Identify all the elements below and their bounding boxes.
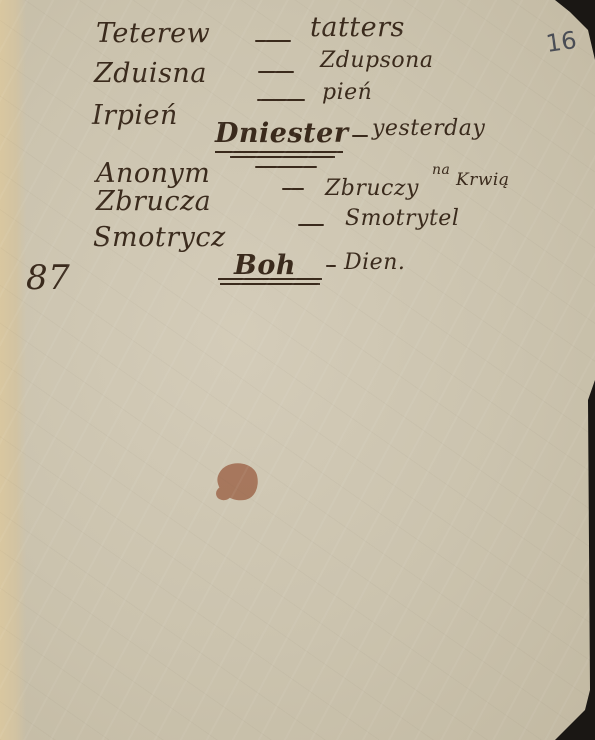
line-2-right: Zdupsona (320, 48, 433, 73)
line-5-dash (255, 166, 317, 168)
line-5-left: Anonym (96, 158, 210, 189)
line-8-right: Dien. (344, 250, 405, 275)
line-1-dash (255, 40, 291, 42)
line-7-left: Smotrycz (93, 222, 226, 253)
line-3-left: Irpień (92, 100, 178, 131)
line-3-right: pień (322, 80, 372, 105)
line-6-superscript: na (432, 162, 450, 178)
line-6-right-extra: Krwią (456, 170, 509, 190)
line-4-underline-2 (230, 156, 335, 158)
ink-stain (214, 459, 261, 504)
line-1-left: Teterew (96, 18, 210, 49)
line-8-underline (218, 278, 322, 280)
line-8-underline-2 (220, 283, 320, 285)
line-2-dash (258, 71, 294, 73)
line-8-left: Boh (234, 250, 296, 281)
line-3-dash (257, 99, 305, 101)
line-7-right: Smotrytel (345, 206, 459, 231)
folio-number: 16 (544, 26, 578, 58)
line-8-dash (326, 265, 336, 267)
line-6-left: Zbrucza (96, 186, 211, 217)
line-4-right: yesterday (372, 116, 485, 141)
manuscript-page: 16 87 Teterew tatters Zduisna Zdupsona I… (0, 0, 595, 740)
line-4-underline (215, 151, 343, 153)
line-2-left: Zduisna (94, 58, 207, 89)
line-6-right: Zbruczy (325, 176, 419, 201)
line-7-dash (298, 224, 324, 226)
line-4-dash (352, 135, 368, 137)
line-1-right: tatters (310, 12, 405, 43)
line-4-left: Dniester (215, 118, 349, 149)
margin-number: 87 (26, 258, 70, 298)
line-6-dash (282, 188, 304, 190)
